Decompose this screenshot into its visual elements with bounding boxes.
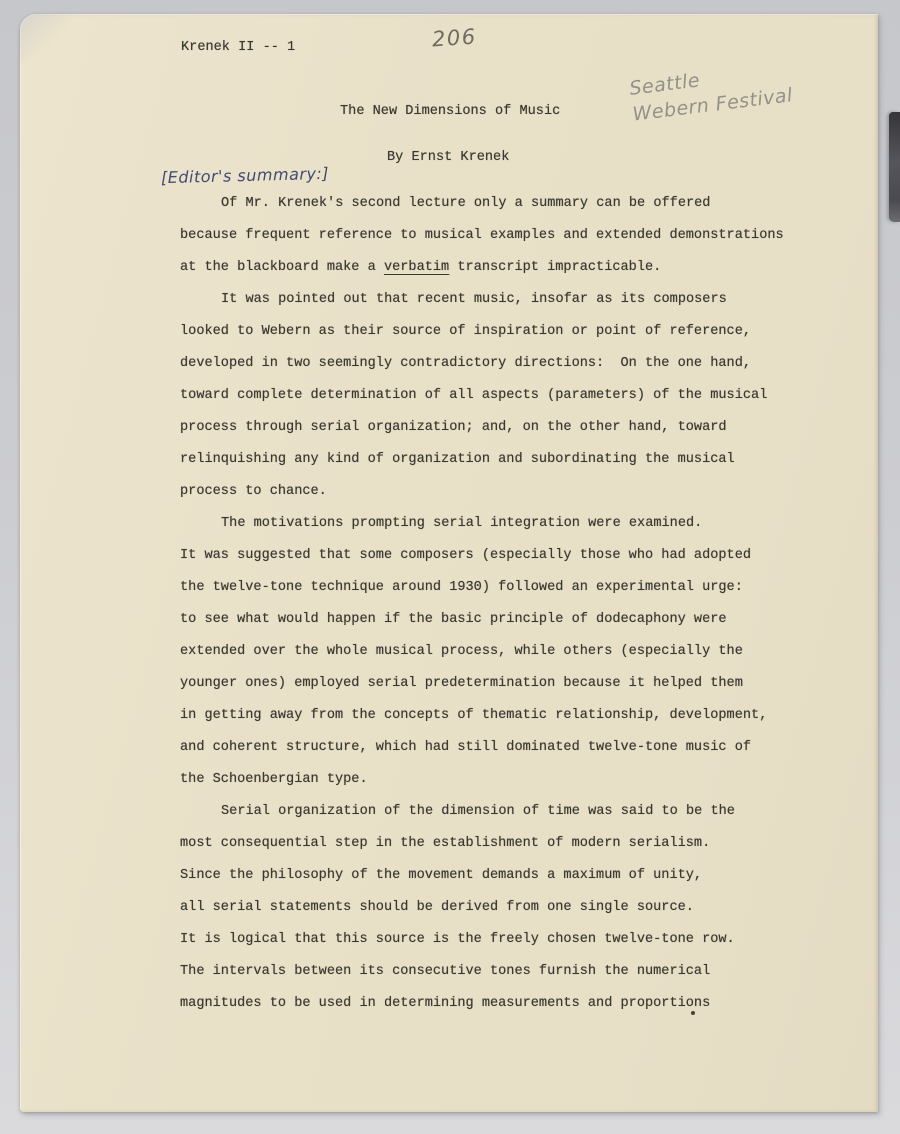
typed-line: because frequent reference to musical ex… xyxy=(180,220,820,252)
typed-line: to see what would happen if the basic pr… xyxy=(180,604,820,636)
typed-line: The intervals between its consecutive to… xyxy=(180,956,820,988)
typed-line: the Schoenbergian type. xyxy=(180,764,820,796)
typed-line: at the blackboard make a verbatim transc… xyxy=(180,252,820,284)
typed-line: Of Mr. Krenek's second lecture only a su… xyxy=(180,188,820,220)
typed-body: Of Mr. Krenek's second lecture only a su… xyxy=(180,188,820,1020)
typed-line: toward complete determination of all asp… xyxy=(180,380,820,412)
underlined-word: verbatim xyxy=(384,260,449,275)
typed-line: looked to Webern as their source of insp… xyxy=(180,316,820,348)
typed-line: all serial statements should be derived … xyxy=(180,892,820,924)
handwritten-page-number: 206 xyxy=(431,24,477,51)
typed-line: extended over the whole musical process,… xyxy=(180,636,820,668)
dark-edge-object xyxy=(889,112,900,222)
stray-ink-dot xyxy=(691,1011,695,1015)
typed-line-segment: at the blackboard make a xyxy=(180,260,384,275)
typed-line: in getting away from the concepts of the… xyxy=(180,700,820,732)
typed-line: magnitudes to be used in determining mea… xyxy=(180,988,820,1020)
typed-line: process to chance. xyxy=(180,476,820,508)
document-title: The New Dimensions of Music xyxy=(340,104,560,119)
page-header: Krenek II -- 1 xyxy=(181,40,295,55)
typed-line: most consequential step in the establish… xyxy=(180,828,820,860)
typed-line: process through serial organization; and… xyxy=(180,412,820,444)
typed-line: It is logical that this source is the fr… xyxy=(180,924,820,956)
typed-line: and coherent structure, which had still … xyxy=(180,732,820,764)
typed-line: The motivations prompting serial integra… xyxy=(180,508,820,540)
typed-line: younger ones) employed serial predetermi… xyxy=(180,668,820,700)
typed-line-segment: transcript impracticable. xyxy=(449,260,661,275)
document-byline: By Ernst Krenek xyxy=(387,150,509,165)
typed-line: Since the philosophy of the movement dem… xyxy=(180,860,820,892)
typed-line: the twelve-tone technique around 1930) f… xyxy=(180,572,820,604)
typed-line: Serial organization of the dimension of … xyxy=(180,796,820,828)
typed-line: relinquishing any kind of organization a… xyxy=(180,444,820,476)
scanned-document-page: { "page": { "header_left": "Krenek II --… xyxy=(0,0,900,1134)
typed-line: It was pointed out that recent music, in… xyxy=(180,284,820,316)
typed-line: It was suggested that some composers (es… xyxy=(180,540,820,572)
typed-line: developed in two seemingly contradictory… xyxy=(180,348,820,380)
